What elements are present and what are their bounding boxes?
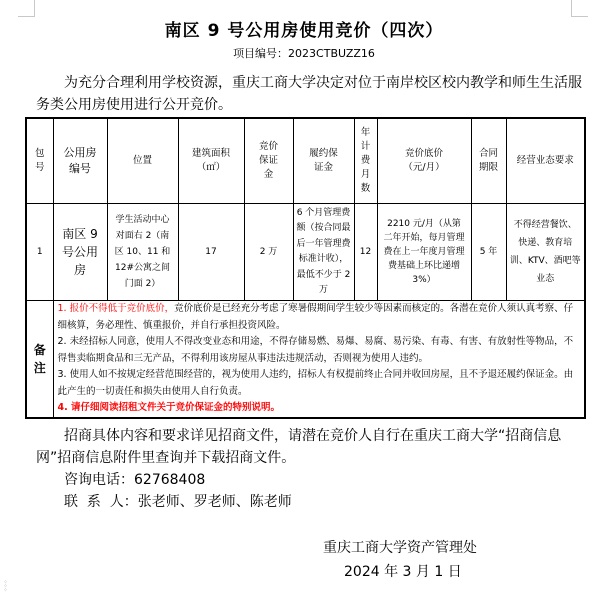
cell-performance-deposit: 6 个月管理费额（按合同最后一年管理费标准计收），最低不少于 2 万 — [293, 204, 354, 301]
header-bid-deposit: 竞价保证金 — [244, 118, 293, 204]
remarks-content: 1. 报价不得低于竞价底价，竞价底价是已经充分考虑了寒暑假期间学生较少等因素而核… — [53, 301, 585, 419]
cell-room: 南区 9 号公用房 — [53, 204, 107, 301]
header-reserve-price: 竞价底价（元/月） — [377, 118, 471, 204]
remarks-row: 备注 1. 报价不得低于竞价底价，竞价底价是已经充分考虑了寒暑假期间学生较少等因… — [26, 301, 585, 419]
header-term: 合同期限 — [471, 118, 506, 204]
remark-1-warning: 1. 报价不得低于竞价底价， — [58, 303, 175, 314]
drag-handle-icon[interactable]: ⁘⁘⁘ — [3, 581, 11, 595]
bid-table: 包号 公用房编号 位置 建筑面积（㎡） 竞价保证金 履约保证金 年计费月数 竞价… — [25, 117, 586, 419]
header-performance-deposit: 履约保证金 — [293, 118, 354, 204]
cell-package: 1 — [26, 204, 53, 301]
project-number: 项目编号：2023CTBUZZ16 — [0, 45, 608, 61]
signature-org: 重庆工商大学资产管理处 — [323, 537, 477, 557]
header-billing-months: 年计费月数 — [354, 118, 377, 204]
table-header-row: 包号 公用房编号 位置 建筑面积（㎡） 竞价保证金 履约保证金 年计费月数 竞价… — [26, 118, 585, 204]
details-paragraph: 招商具体内容和要求详见招商文件，请潜在竞价人自行在重庆工商大学“招商信息网”招商… — [36, 425, 584, 469]
header-business-requirement: 经营业态要求 — [506, 118, 585, 204]
table-row: 1 南区 9 号公用房 学生活动中心对面右 2（南区 10、11 和 12#公寓… — [26, 204, 585, 301]
page-corner-mark-right — [571, 0, 588, 17]
page-corner-mark-left — [18, 0, 35, 17]
cell-billing-months: 12 — [354, 204, 377, 301]
remark-item-2: 2. 未经招标人同意，使用人不得改变业态和用途，不得存储易燃、易爆、易腐、易污染… — [58, 334, 581, 367]
remark-item-3: 3. 使用人如不按规定经营范围经营的，视为使用人违约，招标人有权提前终止合同并收… — [58, 367, 581, 400]
signature-date: 2024 年 3 月 1 日 — [344, 561, 462, 581]
cell-reserve-price: 2210 元/月（从第二年开始，每月管理费在上一年度月管理费基础上环比递增 3%… — [377, 204, 471, 301]
cell-bid-deposit: 2 万 — [244, 204, 293, 301]
intro-paragraph: 为充分合理利用学校资源，重庆工商大学决定对位于南岸校区校内教学和师生生活服务类公… — [36, 72, 584, 116]
remarks-label: 备注 — [26, 301, 53, 419]
contact-people: 联 系 人：张老师、罗老师、陈老师 — [64, 491, 608, 513]
page-title: 南区 9 号公用房使用竞价（四次） — [0, 16, 608, 41]
contact-phone: 咨询电话：62768408 — [64, 469, 608, 491]
remark-item-4: 4. 请仔细阅读招租文件关于竞价保证金的特别说明。 — [58, 400, 581, 417]
header-area: 建筑面积（㎡） — [178, 118, 244, 204]
remark-item-1: 1. 报价不得低于竞价底价，竞价底价是已经充分考虑了寒暑假期间学生较少等因素而核… — [58, 301, 581, 334]
header-location: 位置 — [107, 118, 178, 204]
header-package: 包号 — [26, 118, 53, 204]
cell-area: 17 — [178, 204, 244, 301]
cell-business-requirement: 不得经营餐饮、快递、教育培训、KTV、酒吧等业态 — [506, 204, 585, 301]
cell-term: 5 年 — [471, 204, 506, 301]
header-room: 公用房编号 — [53, 118, 107, 204]
cell-location: 学生活动中心对面右 2（南区 10、11 和 12#公寓之间门面 2） — [107, 204, 178, 301]
